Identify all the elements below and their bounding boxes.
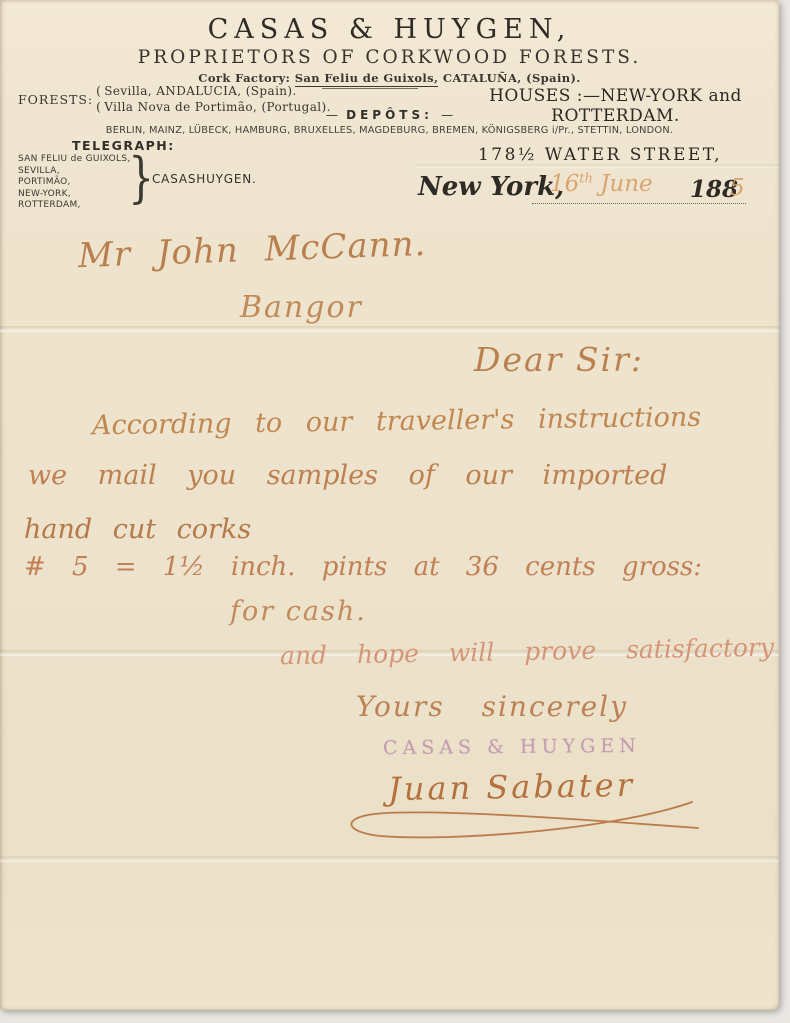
dash-icon: — [441, 108, 453, 122]
forest-item: Sevilla, ANDALUCIA, (Spain). [104, 84, 297, 100]
fold-crease [0, 326, 779, 333]
dateline-year-written: 5 [730, 175, 745, 201]
letter-paper: CASAS & HUYGEN, PROPRIETORS OF CORKWOOD … [0, 0, 779, 1010]
cork-factory-line: Cork Factory: San Feliu de Guixols, CATA… [0, 71, 779, 85]
signature-flourish [340, 798, 705, 846]
telegraph-code: CASASHUYGEN. [152, 172, 257, 186]
body-line-4: # 5 = 1½ inch. pints at 36 cents gross: [24, 552, 702, 582]
divider-rule [322, 88, 418, 89]
cork-factory-label: Cork Factory: [198, 71, 290, 85]
dateline-day: 16th June [550, 171, 653, 197]
fold-crease [0, 856, 779, 863]
dateline-dotted-rule [532, 203, 746, 204]
telegraph-label: TELEGRAPH: [72, 138, 175, 153]
body-line-2: we mail you samples of our imported [28, 460, 667, 491]
dash-icon: — [326, 108, 338, 122]
company-stamp: CASAS & HUYGEN [383, 735, 641, 759]
recipient-name: Mr John McCann. [77, 224, 427, 276]
dateline-day-suffix: th [579, 171, 593, 186]
body-line-5: for cash. [230, 596, 367, 627]
depots-heading-text: DEPÔTS: [346, 108, 433, 122]
body-line-6: and hope will prove satisfactory [280, 633, 774, 671]
telegraph-station: ROTTERDAM, [18, 200, 131, 212]
brace-icon: } [128, 146, 154, 209]
telegraph-station: SAN FELIU de GUIXOLS, [18, 154, 131, 166]
dateline: New York, 16th June 188 5 [418, 170, 778, 212]
closing-line: Yours sincerely [356, 690, 628, 723]
body-line-1: According to our traveller's instruction… [92, 402, 702, 442]
company-subtitle: PROPRIETORS OF CORKWOOD FORESTS. [0, 47, 779, 68]
recipient-city: Bangor [240, 290, 363, 325]
dateline-month: June [600, 171, 652, 197]
company-name: CASAS & HUYGEN, [0, 14, 779, 45]
street-address: 178½ WATER STREET, [430, 145, 770, 165]
telegraph-station: SEVILLA, [18, 166, 131, 178]
paren-icon: ( [96, 84, 101, 100]
body-line-3: hand cut corks [24, 514, 251, 545]
telegraph-station: NEW-YORK, [18, 189, 131, 201]
cork-factory-region: CATALUÑA, (Spain). [443, 71, 581, 85]
telegraph-stations: SAN FELIU de GUIXOLS, SEVILLA, PORTIMÃO,… [18, 154, 131, 212]
dateline-city: New York, [418, 172, 564, 202]
salutation: Dear Sir: [474, 340, 644, 379]
forests-label: FORESTS: [18, 92, 93, 107]
telegraph-station: PORTIMÃO, [18, 177, 131, 189]
depots-heading: — DEPÔTS: — [0, 108, 779, 122]
depots-list: BERLIN, MAINZ, LÜBECK, HAMBURG, BRUXELLE… [0, 125, 779, 136]
